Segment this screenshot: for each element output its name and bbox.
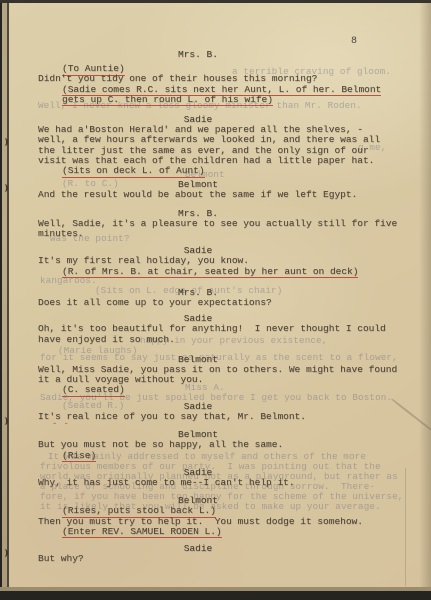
binding-mark [1, 549, 8, 557]
dialogue-line: Why, it has just come to me--I can't hel… [38, 478, 394, 488]
line-text: And the result would be about the same i… [38, 189, 357, 200]
stage-direction: (Sits on deck L. of Aunt) [38, 166, 394, 176]
page-right-shadow [419, 3, 431, 587]
binding-mark [1, 417, 8, 425]
stage-direction: (Rise) [38, 451, 394, 461]
binding-mark [1, 184, 8, 192]
line-text: But why? [38, 553, 84, 564]
line-text: have enjoyed it so much. [38, 334, 175, 345]
character-name: Mrs. B. [38, 50, 394, 60]
character-name: Sadie [38, 544, 394, 554]
line-text: gets up C. then round L. of his wife) [62, 94, 273, 107]
line-text: It's my first real holiday, you know. [38, 255, 249, 266]
line-text: Sadie [184, 543, 213, 554]
page-edge-line-left [7, 3, 9, 587]
page-stack-edge-bottom [0, 587, 431, 591]
dialogue-line: And the result would be about the same i… [38, 190, 394, 200]
line-text: minutes. [38, 228, 84, 239]
stage-direction: (C. seated) [38, 385, 394, 395]
stage-direction: (Enter REV. SAMUEL RODEN L.) [38, 527, 394, 537]
dialogue-line: But you must not be so happy, all the sa… [38, 440, 394, 450]
line-text: (Rise) [62, 450, 96, 463]
dialogue-line: minutes. [38, 229, 394, 239]
paper-crease [405, 468, 406, 586]
line-text: (Sits on deck L. of Aunt) [62, 165, 205, 178]
dialogue-line: Does it all come up to your expectations… [38, 298, 394, 308]
scan-edge-top [0, 0, 431, 3]
line-text: Mrs. B. [178, 49, 218, 60]
dialogue-line: But why? [38, 554, 394, 564]
line-text: It's real nice of you to say that, Mr. B… [38, 411, 306, 422]
stage-direction: gets up C. then round L. of his wife) [38, 95, 394, 105]
line-text: Why, it has just come to me--I can't hel… [38, 477, 295, 488]
line-text: (R. of Mrs. B. at chair, seated by her a… [62, 266, 358, 279]
line-text: Well, Sadie, it's a pleasure to see you … [38, 218, 397, 229]
script-text: Mrs. B.(To Auntie)Didn't you tidy one of… [38, 50, 394, 564]
scanned-script-page: { "document": { "page_number": "8", "pap… [0, 0, 431, 600]
stage-direction: (R. of Mrs. B. at chair, seated by her a… [38, 267, 394, 277]
line-text: Didn't you tidy one of their houses this… [38, 73, 317, 84]
line-text: Does it all come up to your expectations… [38, 297, 272, 308]
binding-mark [1, 138, 8, 146]
line-text: (Enter REV. SAMUEL RODEN L.) [62, 526, 222, 539]
dialogue-line: have enjoyed it so much. [38, 335, 394, 345]
line-text: Then you must try to help it. You must d… [38, 516, 363, 527]
dialogue-line: It's real nice of you to say that, Mr. B… [38, 412, 394, 422]
line-text: (C. seated) [62, 384, 125, 397]
dialogue-line: Well, Sadie, it's a pleasure to see you … [38, 219, 394, 229]
line-text: But you must not be so happy, all the sa… [38, 439, 283, 450]
page-number: 8 [351, 36, 357, 47]
